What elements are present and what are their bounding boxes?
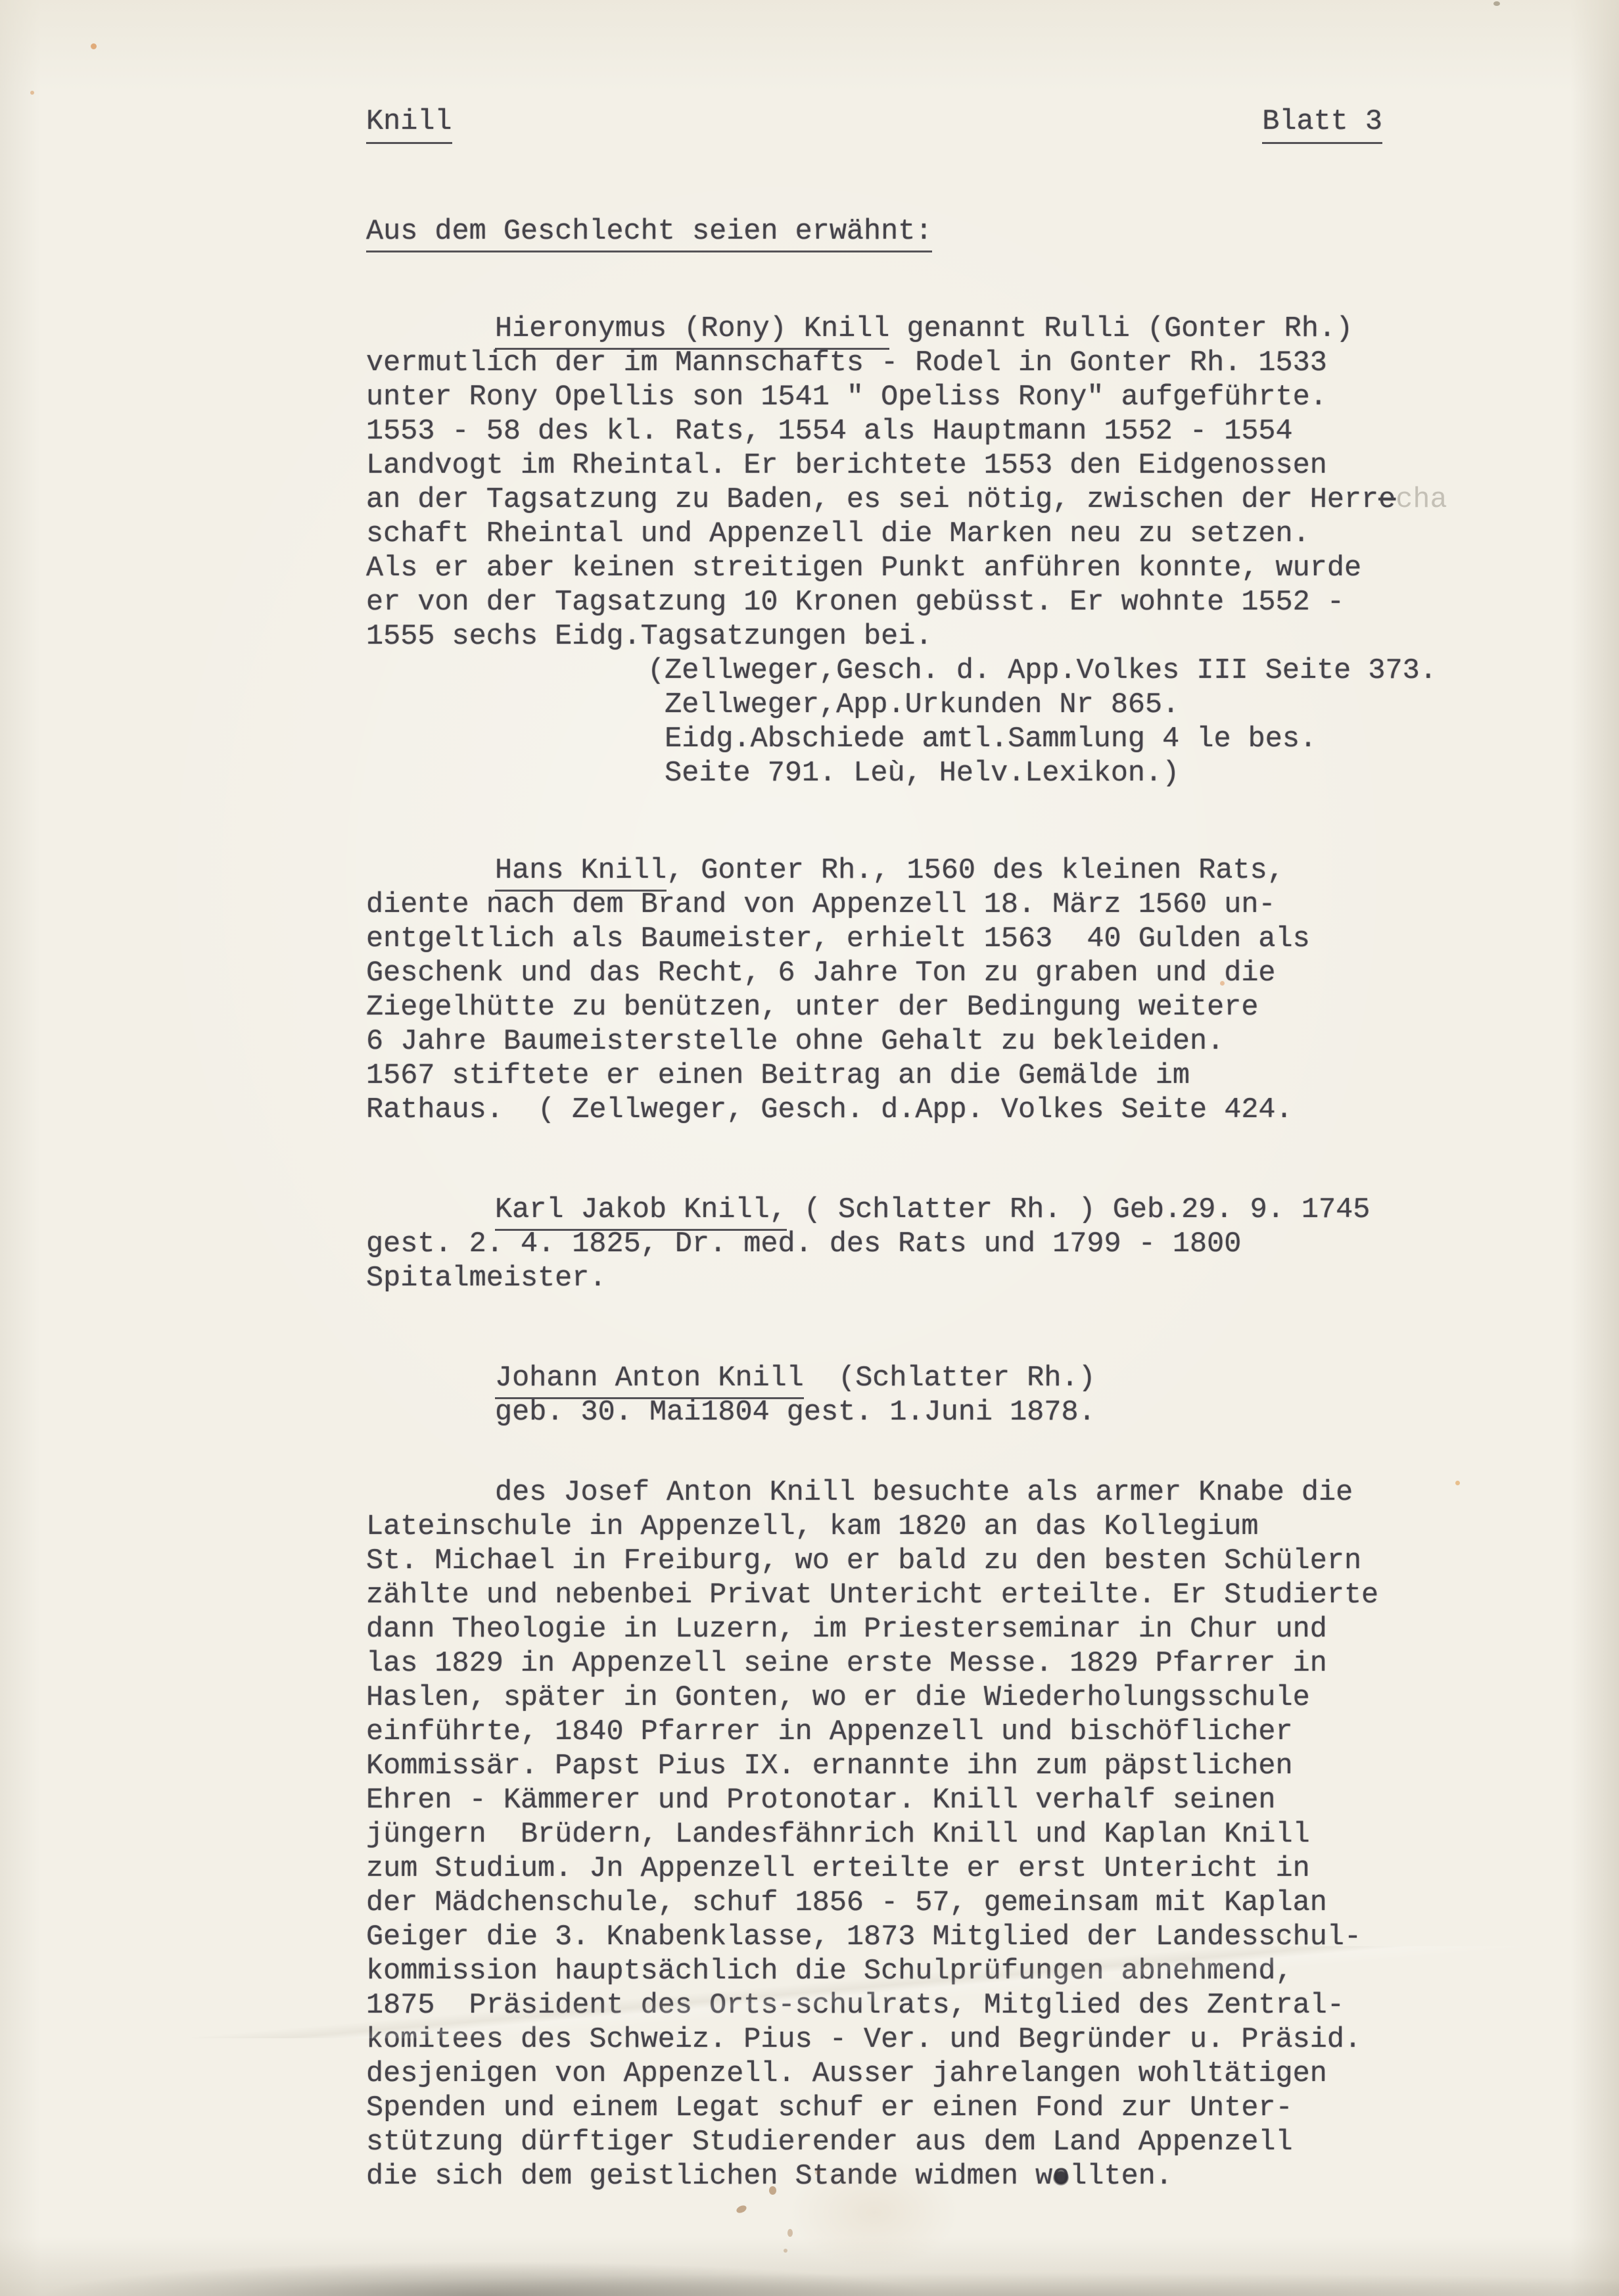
section-heading: Aus dem Geschlecht seien erwähnt: <box>366 215 1382 249</box>
text-segment: Haslen, später in Gonten, wo er die Wied… <box>366 1682 1310 1714</box>
stain-mark <box>789 2157 960 2268</box>
text-line: Hieronymus (Rony) Knill genannt Rulli (G… <box>366 312 1382 347</box>
text-segment: (Zellweger,Gesch. d. App.Volkes III Seit… <box>647 655 1437 687</box>
text-line: der Mädchenschule, schuf 1856 - 57, geme… <box>366 1886 1382 1921</box>
text-segment: desjenigen von Appenzell. Ausser jahrela… <box>366 2058 1327 2090</box>
text-line: Eidg.Abschiede amtl.Sammlung 4 le bes. <box>647 723 1382 757</box>
text-segment: zählte und nebenbei Privat Untericht ert… <box>366 1579 1378 1612</box>
text-segment: Als er aber keinen streitigen Punkt anfü… <box>366 552 1361 585</box>
text-segment: Hans Knill <box>495 855 667 892</box>
text-line: entgeltlich als Baumeister, erhielt 1563… <box>366 922 1382 957</box>
text-segment: St. Michael in Freiburg, wo er bald zu d… <box>366 1545 1361 1577</box>
stain-mark <box>30 91 34 95</box>
text-line: las 1829 in Appenzell seine erste Messe.… <box>366 1647 1382 1681</box>
stain-mark <box>815 2170 821 2175</box>
text-segment: las 1829 in Appenzell seine erste Messe.… <box>366 1648 1327 1680</box>
text-segment: Spitalmeister. <box>366 1262 606 1295</box>
text-segment: geb. 30. Mai1804 gest. 1.Juni 1878. <box>495 1397 1096 1429</box>
text-line: 1553 - 58 des kl. Rats, 1554 als Hauptma… <box>366 415 1382 449</box>
text-line: Ziegelhütte zu benützen, unter der Bedin… <box>366 991 1382 1025</box>
text-segment: Kommissär. Papst Pius IX. ernannte ihn z… <box>366 1750 1293 1782</box>
text-segment: Karl Jakob Knill, <box>495 1194 787 1231</box>
text-segment: an der Tagsatzung zu Baden, es sei nötig… <box>366 484 1378 516</box>
text-line: geb. 30. Mai1804 gest. 1.Juni 1878. <box>366 1396 1382 1430</box>
page-header: Knill Blatt 3 <box>366 105 1382 144</box>
text-segment: Lateinschule in Appenzell, kam 1820 an d… <box>366 1511 1258 1543</box>
text-segment: entgeltlich als Baumeister, erhielt 1563… <box>366 923 1310 955</box>
text-segment: Seite 791. Leù, Helv.Lexikon.) <box>647 757 1179 790</box>
section-heading-text: Aus dem Geschlecht seien erwähnt: <box>366 216 932 252</box>
text-segment: Geschenk und das Recht, 6 Jahre Ton zu g… <box>366 957 1276 990</box>
text-line: Kommissär. Papst Pius IX. ernannte ihn z… <box>366 1750 1382 1784</box>
paragraph-hieronymus: Hieronymus (Rony) Knill genannt Rulli (G… <box>366 312 1382 654</box>
stain-mark <box>769 2186 776 2195</box>
text-line: desjenigen von Appenzell. Ausser jahrela… <box>366 2057 1382 2092</box>
text-line: einführte, 1840 Pfarrer in Appenzell und… <box>366 1715 1382 1750</box>
text-segment: gest. 2. 4. 1825, Dr. med. des Rats und … <box>366 1228 1241 1260</box>
text-line: Landvogt im Rheintal. Er berichtete 1553… <box>366 449 1382 483</box>
text-segment: genannt Rulli (Gonter Rh.) <box>889 313 1353 345</box>
stain-mark <box>1455 1481 1460 1485</box>
header-sheet-number: Blatt 3 <box>1262 105 1382 144</box>
text-segment: (Schlatter Rh.) <box>804 1362 1096 1395</box>
text-line: Karl Jakob Knill, ( Schlatter Rh. ) Geb.… <box>366 1193 1382 1228</box>
text-segment: Eidg.Abschiede amtl.Sammlung 4 le bes. <box>647 723 1317 755</box>
stain-mark <box>1220 981 1225 986</box>
text-line: jüngern Brüdern, Landesfähnrich Knill un… <box>366 1818 1382 1852</box>
text-segment: , Gonter Rh., 1560 des kleinen Rats, <box>667 855 1284 887</box>
text-line: unter Rony Opellis son 1541 " Opeliss Ro… <box>366 381 1382 415</box>
text-line: Spenden und einem Legat schuf er einen F… <box>366 2092 1382 2126</box>
text-line: Lateinschule in Appenzell, kam 1820 an d… <box>366 1510 1382 1544</box>
text-segment: 1553 - 58 des kl. Rats, 1554 als Hauptma… <box>366 416 1293 448</box>
text-line: Rathaus. ( Zellweger, Gesch. d.App. Volk… <box>366 1093 1382 1128</box>
text-line: diente nach dem Brand von Appenzell 18. … <box>366 888 1382 922</box>
text-line: 6 Jahre Baumeisterstelle ohne Gehalt zu … <box>366 1025 1382 1059</box>
text-line: Spitalmeister. <box>366 1262 1382 1296</box>
text-segment: llten. <box>1069 2161 1173 2193</box>
text-segment: cha <box>1396 484 1447 516</box>
paragraph-biography: des Josef Anton Knill besuchte als armer… <box>366 1476 1382 2194</box>
text-line: 1567 stiftete er einen Beitrag an die Ge… <box>366 1059 1382 1093</box>
text-line: an der Tagsatzung zu Baden, es sei nötig… <box>366 483 1382 517</box>
text-segment: dann Theologie in Luzern, im Priestersem… <box>366 1614 1327 1646</box>
text-line: dann Theologie in Luzern, im Priestersem… <box>366 1613 1382 1647</box>
text-segment: Zellweger,App.Urkunden Nr 865. <box>647 689 1179 721</box>
stain-mark <box>736 2204 748 2214</box>
text-line: (Zellweger,Gesch. d. App.Volkes III Seit… <box>647 654 1382 688</box>
text-line: St. Michael in Freiburg, wo er bald zu d… <box>366 1544 1382 1579</box>
text-segment: 1567 stiftete er einen Beitrag an die Ge… <box>366 1060 1190 1092</box>
text-line: 1555 sechs Eidg.Tagsatzungen bei. <box>366 620 1382 654</box>
text-segment: Ziegelhütte zu benützen, unter der Bedin… <box>366 992 1258 1024</box>
text-segment: Landvogt im Rheintal. Er berichtete 1553… <box>366 450 1327 482</box>
text-segment: ( Schlatter Rh. ) Geb.29. 9. 1745 <box>787 1194 1371 1226</box>
text-line: zählte und nebenbei Privat Untericht ert… <box>366 1579 1382 1613</box>
scanned-page: Knill Blatt 3 Aus dem Geschlecht seien e… <box>0 0 1619 2296</box>
text-line: Seite 791. Leù, Helv.Lexikon.) <box>647 757 1382 791</box>
text-segment: 6 Jahre Baumeisterstelle ohne Gehalt zu … <box>366 1026 1224 1058</box>
text-line: Zellweger,App.Urkunden Nr 865. <box>647 688 1382 723</box>
text-segment: 1555 sechs Eidg.Tagsatzungen bei. <box>366 621 932 653</box>
text-segment: des Josef Anton Knill besuchte als armer… <box>495 1477 1353 1509</box>
text-segment: schaft Rheintal und Appenzell die Marken… <box>366 518 1310 550</box>
text-segment: Ehren - Kämmerer und Protonotar. Knill v… <box>366 1784 1276 1817</box>
paragraph-hans: Hans Knill, Gonter Rh., 1560 des kleinen… <box>366 854 1382 1128</box>
text-line: schaft Rheintal und Appenzell die Marken… <box>366 517 1382 552</box>
text-line: gest. 2. 4. 1825, Dr. med. des Rats und … <box>366 1228 1382 1262</box>
stain-mark <box>1493 1 1500 6</box>
header-family-name: Knill <box>366 105 452 144</box>
page-content: Knill Blatt 3 Aus dem Geschlecht seien e… <box>0 0 1619 2194</box>
stain-mark <box>787 2229 793 2237</box>
text-line: zum Studium. Jn Appenzell erteilte er er… <box>366 1852 1382 1886</box>
paragraph-johann: Johann Anton Knill (Schlatter Rh.)geb. 3… <box>366 1362 1382 1430</box>
document-body: Hieronymus (Rony) Knill genannt Rulli (G… <box>366 312 1382 2194</box>
paragraph-karl: Karl Jakob Knill, ( Schlatter Rh. ) Geb.… <box>366 1193 1382 1296</box>
stain-mark <box>91 43 97 49</box>
text-segment: Hieronymus (Rony) Knill <box>495 313 889 350</box>
stain-mark <box>784 2249 787 2253</box>
text-segment: der Mädchenschule, schuf 1856 - 57, geme… <box>366 1887 1327 1919</box>
text-segment: diente nach dem Brand von Appenzell 18. … <box>366 889 1276 921</box>
text-segment: zum Studium. Jn Appenzell erteilte er er… <box>366 1853 1310 1885</box>
scan-edge-shadow <box>0 2257 1619 2296</box>
text-segment: jüngern Brüdern, Landesfähnrich Knill un… <box>366 1819 1310 1851</box>
paper-crease <box>0 1946 1619 2038</box>
text-segment: er von der Tagsatzung 10 Kronen gebüsst.… <box>366 586 1344 619</box>
text-segment: Spenden und einem Legat schuf er einen F… <box>366 2092 1293 2124</box>
text-line: Geschenk und das Recht, 6 Jahre Ton zu g… <box>366 957 1382 991</box>
text-segment: Johann Anton Knill <box>495 1362 804 1399</box>
text-line: Hans Knill, Gonter Rh., 1560 des kleinen… <box>366 854 1382 888</box>
text-line: Johann Anton Knill (Schlatter Rh.) <box>366 1362 1382 1396</box>
text-segment: unter Rony Opellis son 1541 " Opeliss Ro… <box>366 381 1327 414</box>
text-line: Ehren - Kämmerer und Protonotar. Knill v… <box>366 1784 1382 1818</box>
text-segment: einführte, 1840 Pfarrer in Appenzell und… <box>366 1716 1293 1748</box>
text-line: vermutlich der im Mannschafts - Rodel in… <box>366 347 1382 381</box>
text-segment: e <box>1378 484 1396 516</box>
text-line: Haslen, später in Gonten, wo er die Wied… <box>366 1681 1382 1715</box>
text-segment: vermutlich der im Mannschafts - Rodel in… <box>366 347 1327 379</box>
text-line: Als er aber keinen streitigen Punkt anfü… <box>366 552 1382 586</box>
text-line: des Josef Anton Knill besuchte als armer… <box>366 1476 1382 1510</box>
text-line: er von der Tagsatzung 10 Kronen gebüsst.… <box>366 586 1382 620</box>
text-segment: Rathaus. ( Zellweger, Gesch. d.App. Volk… <box>366 1094 1293 1126</box>
paragraph-citation: (Zellweger,Gesch. d. App.Volkes III Seit… <box>647 654 1382 791</box>
